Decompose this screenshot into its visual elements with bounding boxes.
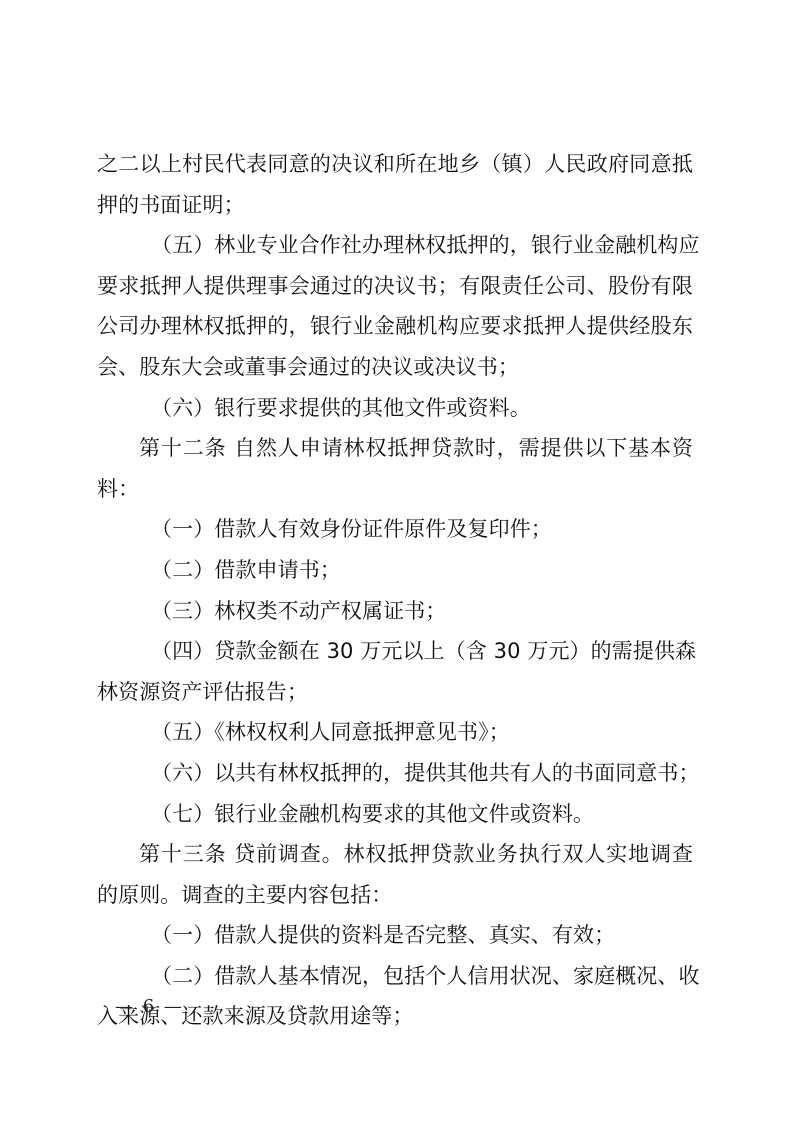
list-item: （一）借款人有效身份证件原件及复印件； (97, 509, 693, 550)
text-line: 料： (97, 469, 693, 510)
list-item: （七）银行业金融机构要求的其他文件或资料。 (97, 794, 693, 835)
list-item: （二）借款申请书； (97, 550, 693, 591)
text-line: 会、股东大会或董事会通过的决议或决议书； (97, 347, 693, 388)
text-line: 林资源资产评估报告； (97, 672, 693, 713)
article-heading-line: 第十二条 自然人申请林权抵押贷款时，需提供以下基本资 (97, 428, 693, 469)
text-line: 入来源、还款来源及贷款用途等； (97, 996, 693, 1037)
page-number: — 6 — (115, 996, 184, 1017)
text-line: 押的书面证明； (97, 185, 693, 226)
text-line: 要求抵押人提供理事会通过的决议书；有限责任公司、股份有限 (97, 266, 693, 307)
list-item: （六）以共有林权抵押的，提供其他共有人的书面同意书； (97, 753, 693, 794)
list-item: （四）贷款金额在 30 万元以上（含 30 万元）的需提供森 (97, 631, 693, 672)
list-item: （五）《林权权利人同意抵押意见书》； (97, 712, 693, 753)
document-page: 之二以上村民代表同意的决议和所在地乡（镇）人民政府同意抵 押的书面证明； （五）… (97, 144, 693, 1037)
text-line: （六）银行要求提供的其他文件或资料。 (97, 388, 693, 429)
text-line: （五）林业专业合作社办理林权抵押的，银行业金融机构应 (97, 225, 693, 266)
text-line: 公司办理林权抵押的，银行业金融机构应要求抵押人提供经股东 (97, 306, 693, 347)
text-line: 的原则。调查的主要内容包括： (97, 875, 693, 916)
list-item: （二）借款人基本情况，包括个人信用状况、家庭概况、收 (97, 956, 693, 997)
list-item: （一）借款人提供的资料是否完整、真实、有效； (97, 915, 693, 956)
article-heading-line: 第十三条 贷前调查。林权抵押贷款业务执行双人实地调查 (97, 834, 693, 875)
list-item: （三）林权类不动产权属证书； (97, 591, 693, 632)
text-line: 之二以上村民代表同意的决议和所在地乡（镇）人民政府同意抵 (97, 144, 693, 185)
